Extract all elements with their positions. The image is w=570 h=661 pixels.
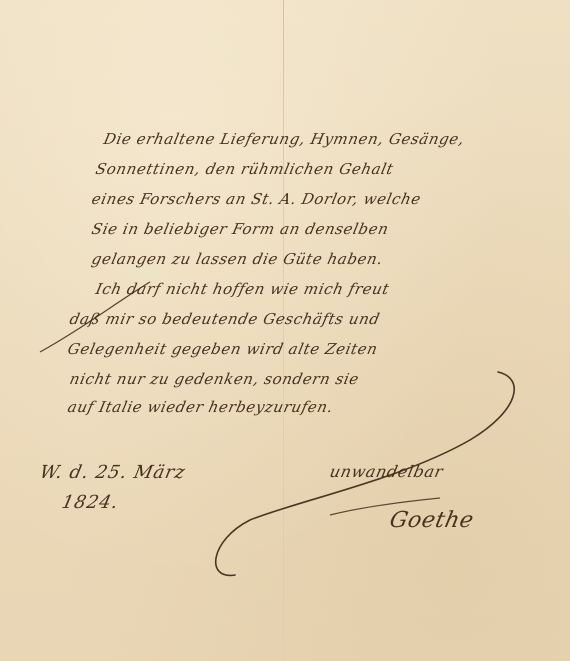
ink-flourishes <box>0 0 570 661</box>
letter-page: Die erhaltene Lieferung, Hymnen, Gesänge… <box>0 0 570 661</box>
